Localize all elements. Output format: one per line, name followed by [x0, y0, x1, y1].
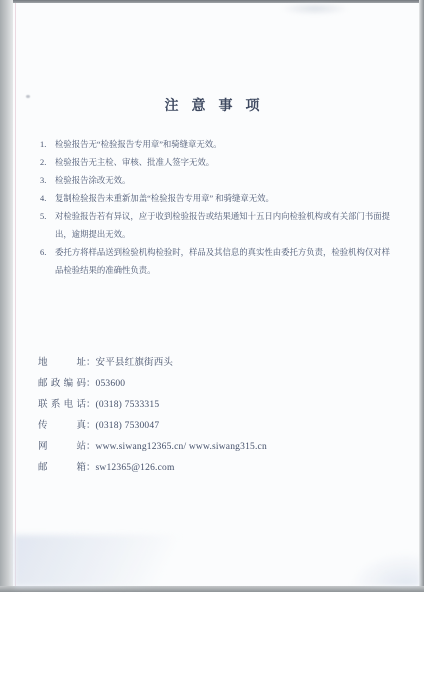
note-text: 复制检验报告未重新加盖“检验报告专用章” 和骑缝章无效。 — [55, 190, 393, 208]
note-text: 检验报告涂改无效。 — [55, 172, 393, 190]
contact-block: 地址：安平县红旗街西头 邮政编码：053600 联系电话：(0318) 7533… — [38, 353, 378, 479]
scan-edge-top — [0, 0, 424, 3]
note-number: 6. — [40, 244, 55, 262]
contact-value-phone: (0318) 7533315 — [96, 395, 160, 416]
scan-edge-left — [0, 0, 13, 592]
contact-colon: ： — [86, 437, 96, 458]
contact-colon: ： — [86, 458, 96, 479]
contact-label: 地址 — [38, 353, 86, 374]
page-title: 注意事项 — [0, 96, 424, 118]
scan-edge-right — [419, 0, 424, 592]
document-page — [13, 3, 419, 586]
contact-row-address: 地址：安平县红旗街西头 — [38, 353, 378, 374]
contact-row-email: 邮箱：sw12365@126.com — [38, 458, 378, 479]
note-text: 委托方将样品送到检验机构检验时，样品及其信息的真实性由委托方负责，检验机构仅对样… — [55, 244, 393, 280]
note-number: 3. — [40, 172, 55, 190]
contact-value-address: 安平县红旗街西头 — [96, 353, 174, 374]
note-item: 4. 复制检验报告未重新加盖“检验报告专用章” 和骑缝章无效。 — [40, 190, 393, 208]
note-number: 2. — [40, 154, 55, 172]
contact-row-fax: 传真：(0318) 7530047 — [38, 416, 378, 437]
contact-colon: ： — [86, 416, 96, 437]
contact-colon: ： — [86, 374, 96, 395]
contact-row-website: 网站：www.siwang12365.cn/ www.siwang315.cn — [38, 437, 378, 458]
scan-edge-bottom — [0, 586, 424, 592]
contact-label: 网站 — [38, 437, 86, 458]
contact-label: 联系电话 — [38, 395, 86, 416]
note-text: 检验报告无主检、审核、批准人签字无效。 — [55, 154, 393, 172]
page-binding-line — [15, 3, 16, 586]
note-item: 6. 委托方将样品送到检验机构检验时，样品及其信息的真实性由委托方负责，检验机构… — [40, 244, 393, 280]
note-number: 4. — [40, 190, 55, 208]
contact-value-website: www.siwang12365.cn/ www.siwang315.cn — [96, 437, 267, 458]
note-text: 检验报告无“检验报告专用章”和骑缝章无效。 — [55, 136, 393, 154]
scanned-sheet: 注意事项 1. 检验报告无“检验报告专用章”和骑缝章无效。 2. 检验报告无主检… — [0, 0, 424, 592]
screenshot-canvas: 注意事项 1. 检验报告无“检验报告专用章”和骑缝章无效。 2. 检验报告无主检… — [0, 0, 424, 700]
contact-label: 传真 — [38, 416, 86, 437]
contact-colon: ： — [86, 395, 96, 416]
note-item: 3. 检验报告涂改无效。 — [40, 172, 393, 190]
note-item: 1. 检验报告无“检验报告专用章”和骑缝章无效。 — [40, 136, 393, 154]
note-text: 对检验报告若有异议，应于收到检验报告或结果通知十五日内向检验机构或有关部门书面提… — [55, 208, 393, 244]
contact-value-postcode: 053600 — [96, 374, 126, 395]
note-item: 5. 对检验报告若有异议，应于收到检验报告或结果通知十五日内向检验机构或有关部门… — [40, 208, 393, 244]
contact-label: 邮箱 — [38, 458, 86, 479]
contact-colon: ： — [86, 353, 96, 374]
note-number: 5. — [40, 208, 55, 226]
contact-value-fax: (0318) 7530047 — [96, 416, 160, 437]
notes-list: 1. 检验报告无“检验报告专用章”和骑缝章无效。 2. 检验报告无主检、审核、批… — [40, 136, 393, 280]
note-number: 1. — [40, 136, 55, 154]
note-item: 2. 检验报告无主检、审核、批准人签字无效。 — [40, 154, 393, 172]
contact-label: 邮政编码 — [38, 374, 86, 395]
contact-row-phone: 联系电话：(0318) 7533315 — [38, 395, 378, 416]
contact-row-postcode: 邮政编码：053600 — [38, 374, 378, 395]
contact-value-email: sw12365@126.com — [96, 458, 175, 479]
